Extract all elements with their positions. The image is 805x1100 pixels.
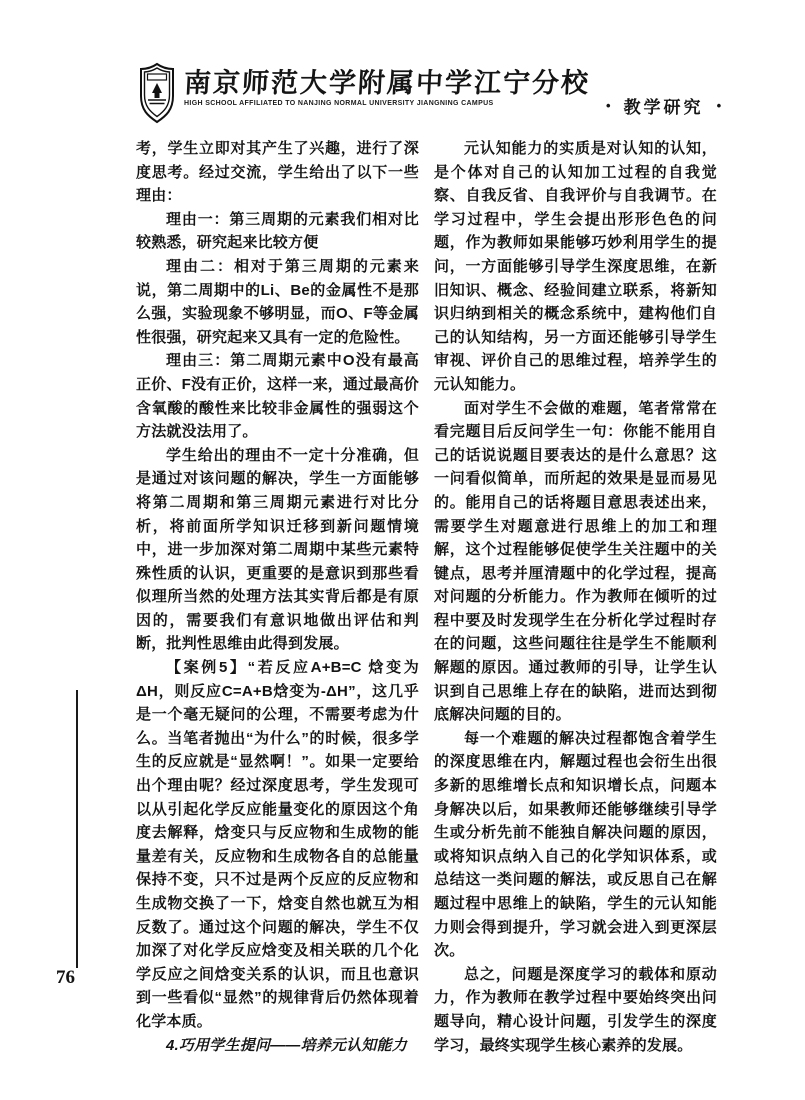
section-title: 教学研究 [624, 93, 704, 118]
paragraph-reason-3: 理由三：第二周期元素中O没有最高正价、F没有正价，这样一来，通过最高价含氧酸的酸… [136, 349, 419, 443]
right-column: 元认知能力的实质是对认知的认知，是个体对自己的认知加工过程的自我觉察、自我反省、… [434, 137, 717, 1057]
paragraph: 考，学生立即对其产生了兴趣，进行了深度思考。经过交流，学生给出了以下一些理由： [136, 137, 419, 208]
paragraph: 学生给出的理由不一定十分准确，但是通过对该问题的解决，学生一方面能够将第二周期和… [136, 444, 419, 656]
case-label: 【案例5】 [166, 659, 248, 676]
paragraph: 面对学生不会做的难题，笔者常常在看完题目后反问学生一句：你能不能用自己的话说说题… [434, 397, 717, 727]
school-name-english: HIGH SCHOOL AFFILIATED TO NANJING NORMAL… [184, 100, 590, 107]
left-column: 考，学生立即对其产生了兴趣，进行了深度思考。经过交流，学生给出了以下一些理由： … [136, 137, 419, 1057]
paragraph-conclusion: 总之，问题是深度学习的载体和原动力，作为教师在教学过程中要始终突出问题导向，精心… [434, 963, 717, 1057]
school-crest-icon [139, 62, 175, 124]
case-paragraph: 【案例5】“若反应A+B=C 焓变为ΔH，则反应C=A+B焓变为-ΔH”，这几乎… [136, 656, 419, 1034]
school-name: 南京师范大学附属中学江宁分校 [183, 68, 591, 98]
section-subheading: 4.巧用学生提问——培养元认知能力 [136, 1034, 419, 1058]
school-name-block: 南京师范大学附属中学江宁分校 HIGH SCHOOL AFFILIATED TO… [184, 62, 590, 107]
paragraph-reason-2: 理由二：相对于第三周期的元素来说，第二周期中的Li、Be的金属性不是那么强，实验… [136, 255, 419, 349]
school-brand: 南京师范大学附属中学江宁分校 HIGH SCHOOL AFFILIATED TO… [139, 62, 590, 124]
page-number: 76 [56, 967, 75, 989]
article-body: 考，学生立即对其产生了兴趣，进行了深度思考。经过交流，学生给出了以下一些理由： … [136, 137, 717, 1057]
left-bullet-icon: • [606, 98, 611, 113]
paragraph: 每一个难题的解决过程都饱含着学生的深度思维在内，解题过程也会衍生出很多新的思维增… [434, 727, 717, 963]
margin-rule [76, 690, 78, 968]
section-label: • 教学研究 • [606, 93, 721, 118]
paragraph-reason-1: 理由一：第三周期的元素我们相对比较熟悉，研究起来比较方便 [136, 208, 419, 255]
paragraph: 元认知能力的实质是对认知的认知，是个体对自己的认知加工过程的自我觉察、自我反省、… [434, 137, 717, 397]
case-text: “若反应A+B=C 焓变为ΔH，则反应C=A+B焓变为-ΔH”，这几乎是一个毫无… [136, 659, 419, 1030]
scanned-journal-page: 南京师范大学附属中学江宁分校 HIGH SCHOOL AFFILIATED TO… [0, 0, 805, 1100]
right-bullet-icon: • [717, 98, 722, 113]
